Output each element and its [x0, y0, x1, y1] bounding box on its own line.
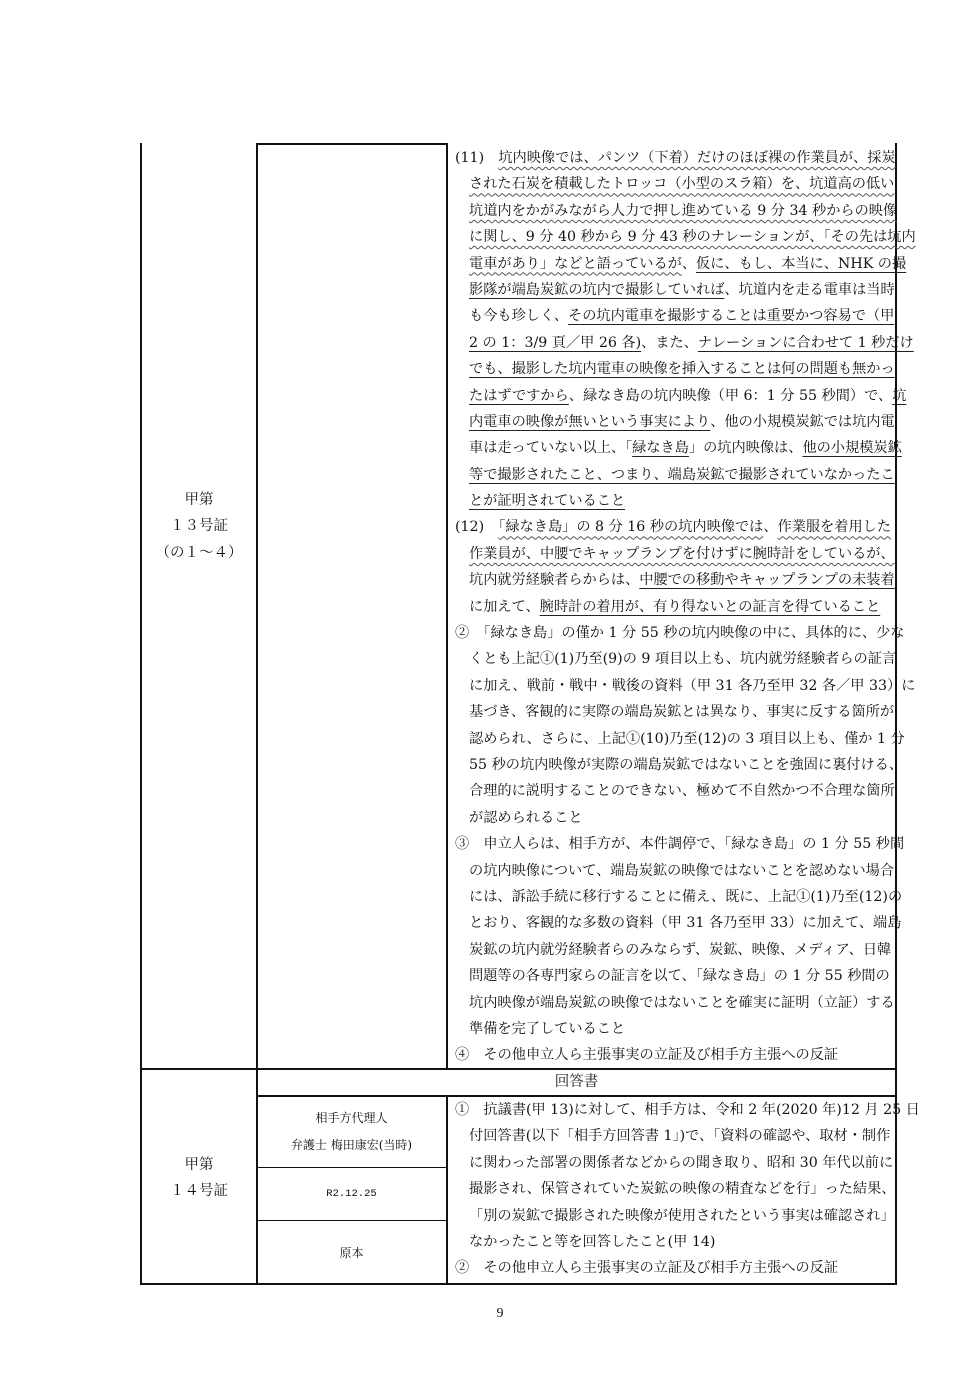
text-line: ② 「緑なき島」の僅か 1 分 55 秒の坑内映像の中に、具体的に、少な	[455, 620, 889, 646]
underlined-text: 2 の 1：3/9 頁／甲 26 各)	[469, 335, 641, 351]
exhibit-label-line: 甲第	[142, 487, 256, 513]
column-divider-2-lower	[446, 1095, 448, 1284]
text-line: の坑内映像について、端島炭鉱の映像ではないことを認めない場合	[469, 858, 889, 884]
author-cell: 相手方代理人 弁護士 梅田康宏(当時)	[257, 1096, 446, 1167]
exhibit-label-line: （の１～４）	[142, 540, 256, 566]
text-line: に関し、9 分 40 秒から 9 分 43 秒のナレーションが、「その先は坑内	[469, 224, 889, 250]
paragraph-11: (11) 坑内映像では、パンツ（下着）だけのほぼ裸の作業員が、採炭 された石炭を…	[455, 145, 889, 514]
author-role: 相手方代理人	[315, 1105, 387, 1132]
date-cell: R2.12.25	[257, 1168, 446, 1220]
text-line: 認められ、さらに、上記①(10)乃至(12)の 3 項目以上も、僅か 1 分	[469, 726, 889, 752]
body-text: も今も珍しく、	[469, 308, 568, 324]
text-line: 基づき、客観的に実際の端島炭鉱とは異なり、事実に反する箇所が	[469, 699, 889, 725]
table-border-left	[140, 143, 142, 1285]
text-line: 2 の 1：3/9 頁／甲 26 各)、また、ナレーションに合わせて 1 秒だけ	[469, 330, 889, 356]
emphasized-text: 電車があり」などと語っているが	[469, 256, 682, 272]
paragraph-12: (12) 「緑なき島」の 8 分 16 秒の坑内映像では、作業服を着用した 作業…	[455, 514, 889, 620]
exhibit-14-label: 甲第 １４号証	[142, 1152, 256, 1205]
text-line: 影隊が端島炭鉱の坑内で撮影していれば、坑道内を走る電車は当時	[469, 277, 889, 303]
text-line: も今も珍しく、その坑内電車を撮影することは重要かつ容易で（甲	[469, 303, 889, 329]
text-line: 撮影され、保管されていた炭鉱の映像の精査などを行」った結果、	[469, 1176, 889, 1202]
paragraph-1: ① 抗議書(甲 13)に対して、相手方は、令和 2 年(2020 年)12 月 …	[455, 1097, 889, 1255]
underlined-text: でも、撮影した坑内電車の映像を挿入することは何の問題も無かっ	[469, 361, 895, 377]
text-line: 55 秒の坑内映像が実際の端島炭鉱ではないことを強固に裏付ける、	[469, 752, 889, 778]
text-line: に加えて、腕時計の着用が、有り得ないとの証言を得ていること	[469, 594, 889, 620]
exhibit-label-line: 甲第	[142, 1152, 256, 1178]
emphasized-text: 坑内映像では、パンツ（下着）だけのほぼ裸の作業員が、採炭	[498, 150, 895, 166]
text-line: 等で撮影されたこと、つまり、端島炭鉱で撮影されていなかったこ	[469, 462, 889, 488]
exhibit-13-content: (11) 坑内映像では、パンツ（下着）だけのほぼ裸の作業員が、採炭 された石炭を…	[455, 145, 889, 1069]
text-line: ④ その他申立人ら主張事実の立証及び相手方主張への反証	[455, 1042, 889, 1068]
underlined-text: ナレーションに合わせて 1 秒だけ	[698, 335, 914, 351]
underlined-text: 等で撮影されたこと、つまり、端島炭鉱で撮影されていなかったこ	[469, 467, 895, 483]
underlined-text: とが証明されていること	[469, 493, 625, 509]
author-name: 弁護士 梅田康宏(当時)	[291, 1132, 412, 1159]
page-number: 9	[0, 1306, 980, 1322]
text-line: 付回答書(以下「相手方回答書 1」)で、「資料の確認や、取材・制作	[469, 1123, 889, 1149]
table-border-bottom	[140, 1283, 897, 1285]
body-text: 」の坑内映像は、	[689, 440, 803, 456]
paragraph-2: ② その他申立人ら主張事実の立証及び相手方主張への反証	[455, 1255, 889, 1281]
text-line: 準備を完了していること	[469, 1016, 889, 1042]
original-or-copy: 原本	[339, 1244, 363, 1261]
text-line: 坑道内をかがみながら人力で押し進めている 9 分 34 秒からの映像	[469, 198, 889, 224]
exhibit-13-label: 甲第 １３号証 （の１～４）	[142, 487, 256, 566]
text-line: なかったこと等を回答したこと(甲 14)	[469, 1229, 889, 1255]
emphasized-text: に関し、9 分 40 秒から 9 分 43 秒のナレーションが、「その先は坑内	[469, 229, 916, 245]
body-text: 、また、	[641, 335, 698, 351]
underlined-text: 内電車の映像が無いという事実により	[469, 414, 710, 430]
text-line: 問題等の各専門家らの証言を以て、「緑なき島」の 1 分 55 秒間の	[469, 963, 889, 989]
text-line: 坑内就労経験者らからは、中腰での移動やキャップランプの未装着	[469, 567, 889, 593]
body-text: 、	[763, 519, 777, 535]
item-marker: (12)	[455, 519, 498, 535]
text-line: 電車があり」などと語っているが、仮に、もし、本当に、NHK の撮	[469, 251, 889, 277]
text-line: 炭鉱の坑内就労経験者らのみならず、炭鉱、映像、メディア、日韓	[469, 937, 889, 963]
body-text: 車は走っていない以上、「	[469, 440, 632, 456]
underlined-text: 仮に、もし、本当に、NHK の撮	[696, 256, 906, 272]
emphasized-text: 作業服を着用した	[778, 519, 892, 535]
text-line: たはずですから、緑なき島の坑内映像（甲 6：1 分 55 秒間）で、坑	[469, 383, 889, 409]
emphasized-text: 坑道内をかがみながら人力で押し進めている 9 分 34 秒からの映像	[469, 203, 897, 219]
middle-column-top-border	[257, 143, 447, 145]
original-copy-cell: 原本	[257, 1221, 446, 1283]
column-divider-2-upper	[446, 143, 448, 1069]
underlined-text: たはずですから	[469, 388, 569, 404]
paragraph-4: ④ その他申立人ら主張事実の立証及び相手方主張への反証	[455, 1042, 889, 1068]
underlined-text: その坑内電車を撮影することは重要かつ容易で（甲	[568, 308, 894, 324]
text-line: に関わった部署の関係者などからの聞き取り、昭和 30 年代以前に	[469, 1150, 889, 1176]
text-line: された石炭を積載したトロッコ（小型のスラ箱）を、坑道高の低い	[469, 171, 889, 197]
paragraph-2: ② 「緑なき島」の僅か 1 分 55 秒の坑内映像の中に、具体的に、少な くとも…	[455, 620, 889, 831]
text-line: とおり、客観的な多数の資料（甲 31 各乃至甲 33）に加えて、端島	[469, 910, 889, 936]
body-text: 坑内就労経験者らからは、	[469, 572, 639, 588]
text-line: 「別の炭鉱で撮影された映像が使用されたという事実は確認され」	[469, 1203, 889, 1229]
text-line: 坑内映像が端島炭鉱の映像ではないことを確実に証明（立証）する	[469, 990, 889, 1016]
underlined-text: 影隊が端島炭鉱の坑内で撮影していれば	[469, 282, 724, 298]
underlined-text: 腕時計の着用が、有り得ないとの証言を得ていること	[540, 599, 881, 615]
underlined-text: 坑	[892, 388, 906, 404]
text-line: ② その他申立人ら主張事実の立証及び相手方主張への反証	[455, 1255, 889, 1281]
paragraph-3: ③ 申立人らは、相手方が、本件調停で、「緑なき島」の 1 分 55 秒間 の坑内…	[455, 831, 889, 1042]
emphasized-text: 作業員が、中腰でキャップランプを付けずに腕時計をしているが、	[469, 546, 895, 562]
underlined-text: 中腰での移動やキャップランプの未装着	[639, 572, 894, 588]
text-line: ① 抗議書(甲 13)に対して、相手方は、令和 2 年(2020 年)12 月 …	[455, 1097, 889, 1123]
text-line: くとも上記①(1)乃至(9)の 9 項目以上も、坑内就労経験者らの証言	[469, 646, 889, 672]
underlined-text: 緑なき島	[632, 440, 689, 456]
underlined-text: 他の小規模炭鉱	[802, 440, 901, 456]
emphasized-text: された石炭を積載したトロッコ（小型のスラ箱）を、坑道高の低い	[469, 176, 894, 192]
emphasized-text: 「緑なき島」の 8 分 16 秒の坑内映像では	[498, 519, 763, 535]
text-line: 内電車の映像が無いという事実により、他の小規模炭鉱では坑内電	[469, 409, 889, 435]
document-title: 回答書	[257, 1069, 896, 1095]
item-marker: (11)	[455, 150, 498, 166]
text-line: (11) 坑内映像では、パンツ（下着）だけのほぼ裸の作業員が、採炭	[455, 145, 889, 171]
body-text: 、坑道内を走る電車は当時	[724, 282, 894, 298]
body-text: 、緑なき島の坑内映像（甲 6：1 分 55 秒間）で、	[569, 388, 892, 404]
body-text: に加えて、	[469, 599, 540, 615]
text-line: とが証明されていること	[469, 488, 889, 514]
text-line: 作業員が、中腰でキャップランプを付けずに腕時計をしているが、	[469, 541, 889, 567]
body-text: 、	[682, 256, 696, 272]
exhibit-14-content: ① 抗議書(甲 13)に対して、相手方は、令和 2 年(2020 年)12 月 …	[455, 1097, 889, 1282]
text-line: (12) 「緑なき島」の 8 分 16 秒の坑内映像では、作業服を着用した	[455, 514, 889, 540]
exhibit-label-line: １４号証	[142, 1178, 256, 1204]
text-line: が認められること	[469, 805, 889, 831]
text-line: でも、撮影した坑内電車の映像を挿入することは何の問題も無かっ	[469, 356, 889, 382]
text-line: 車は走っていない以上、「緑なき島」の坑内映像は、他の小規模炭鉱	[469, 435, 889, 461]
text-line: 合理的に説明することのできない、極めて不自然かつ不合理な箇所	[469, 778, 889, 804]
body-text: 、他の小規模炭鉱では坑内電	[710, 414, 894, 430]
text-line: ③ 申立人らは、相手方が、本件調停で、「緑なき島」の 1 分 55 秒間	[455, 831, 889, 857]
text-line: に加え、戦前・戦中・戦後の資料（甲 31 各乃至甲 32 各／甲 33）に	[469, 673, 889, 699]
exhibit-label-line: １３号証	[142, 513, 256, 539]
document-date: R2.12.25	[326, 1188, 376, 1200]
text-line: には、訴訟手続に移行することに備え、既に、上記①(1)乃至(12)の	[469, 884, 889, 910]
